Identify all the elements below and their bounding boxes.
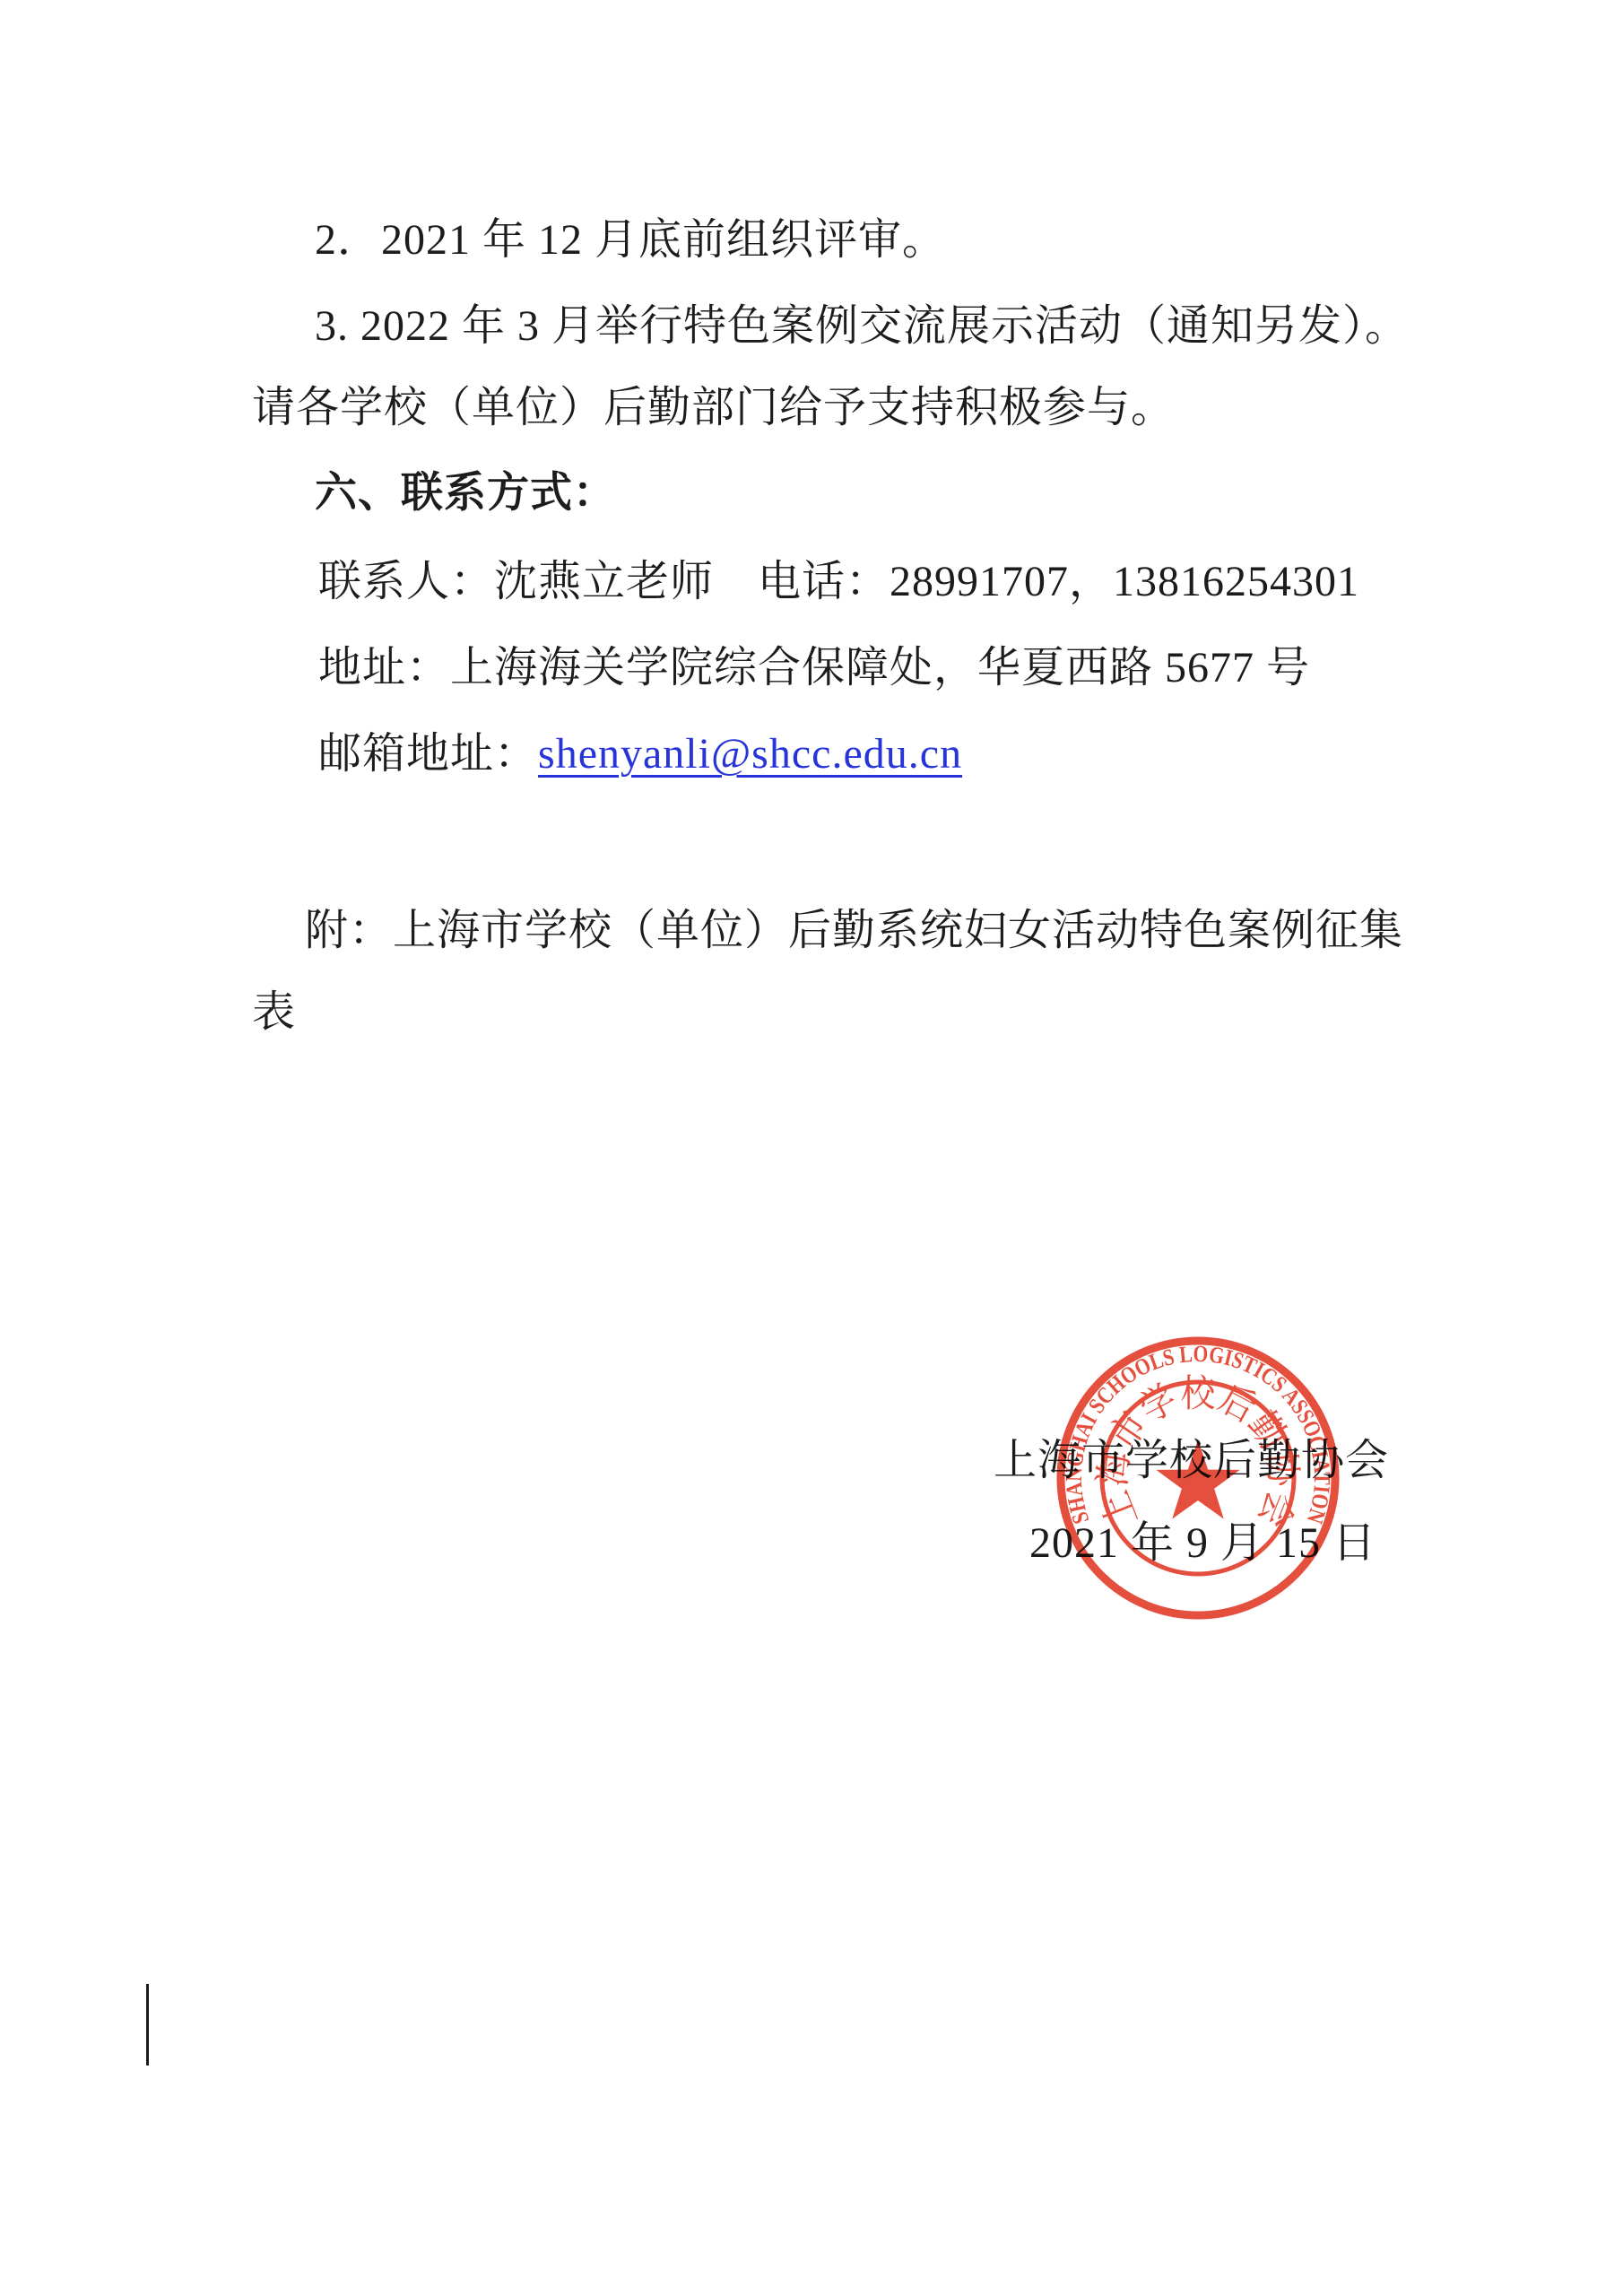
doc-line-attachment-wrap: 表: [252, 990, 296, 1035]
doc-line-activity-wrap: 请各学校（单位）后勤部门给予支持积极参与。: [252, 386, 1175, 430]
email-label: 邮箱地址：: [318, 730, 538, 778]
doc-line-attachment: 附：上海市学校（单位）后勤系统妇女活动特色案例征集: [305, 909, 1403, 953]
doc-line-contact-person: 联系人：沈燕立老师 电话：28991707，13816254301: [318, 560, 1359, 604]
email-link[interactable]: shenyanli@shcc.edu.cn: [538, 730, 962, 778]
caret-mark: [146, 1984, 149, 2066]
official-seal: SHANGHAI SCHOOLS LOGISTICS ASSOCIATION 上…: [1046, 1326, 1350, 1631]
doc-line-address: 地址：上海海关学院综合保障处，华夏西路 5677 号: [318, 646, 1310, 691]
doc-line-email: 邮箱地址：shenyanli@shcc.edu.cn: [318, 732, 962, 777]
document-page: 2．2021 年 12 月底前组织评审。 3. 2022 年 3 月举行特色案例…: [0, 0, 1623, 2296]
star-icon: [1156, 1439, 1239, 1519]
doc-line-review-schedule: 2．2021 年 12 月底前组织评审。: [315, 218, 946, 263]
section-heading-contact: 六、联系方式：: [315, 470, 616, 515]
doc-line-activity-schedule: 3. 2022 年 3 月举行特色案例交流展示活动（通知另发）。: [315, 304, 1409, 349]
